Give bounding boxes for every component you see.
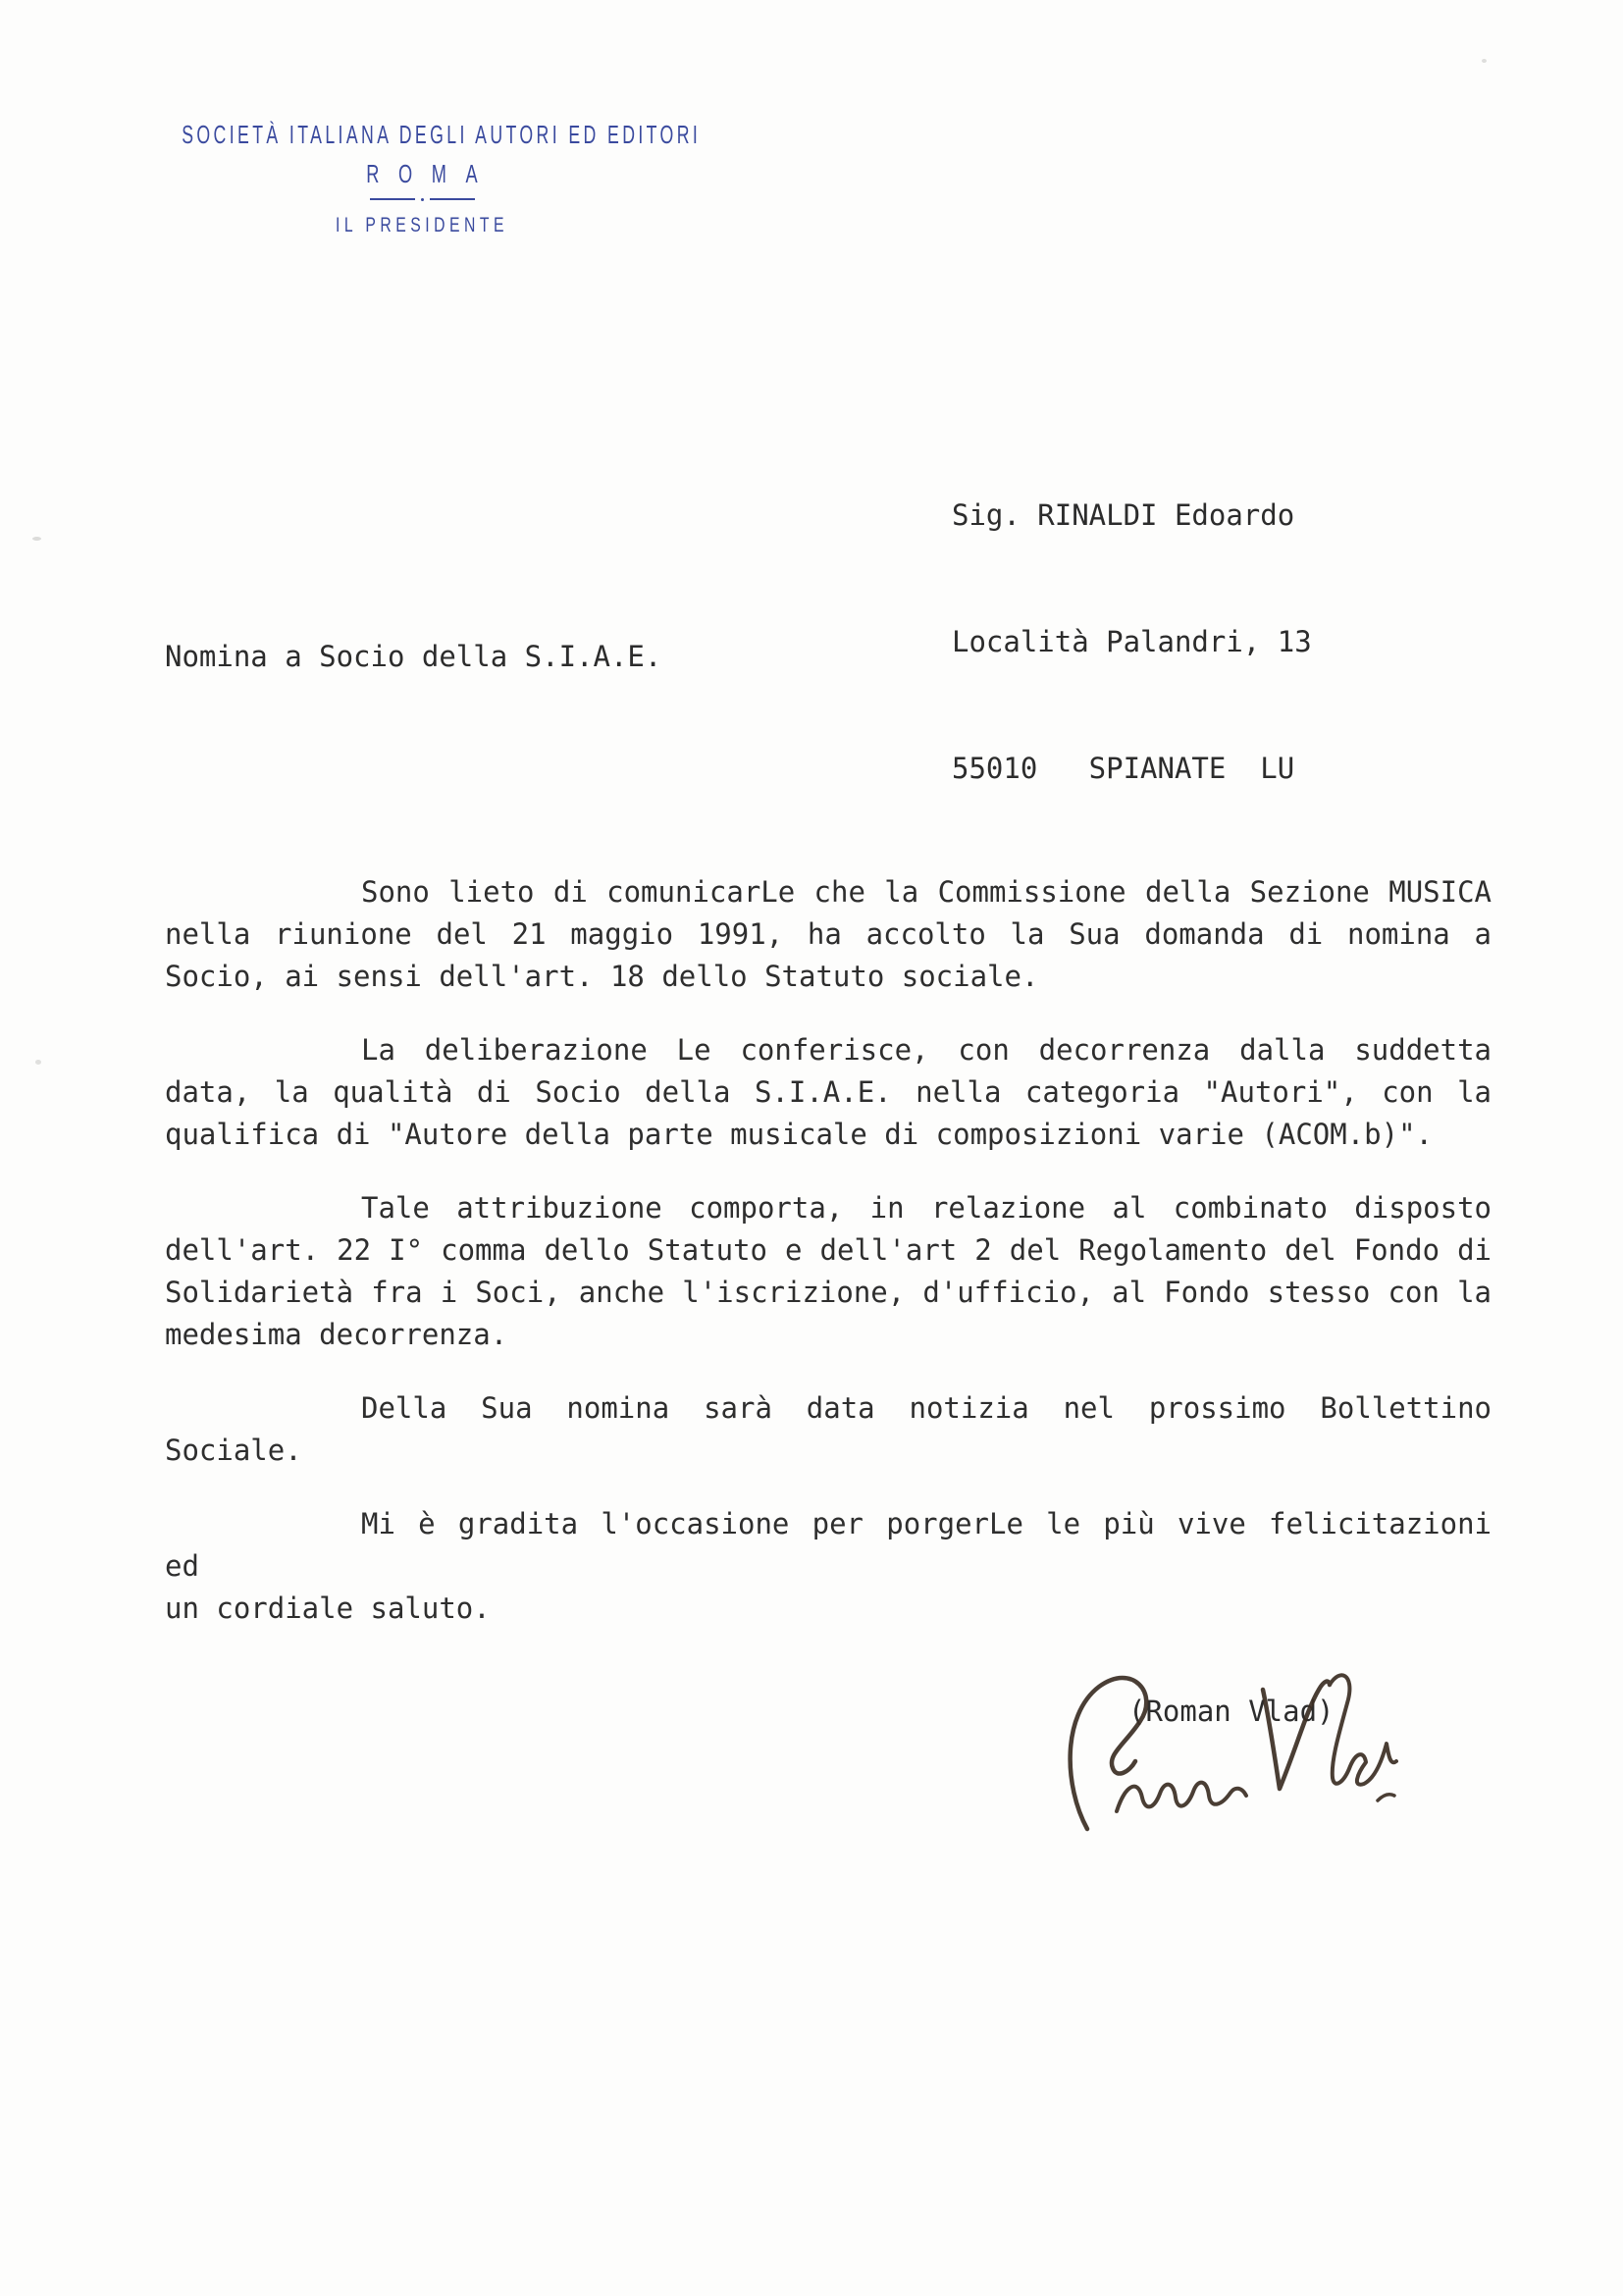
body-line: Mi è gradita l'occasione per porgerLe le… [165,1503,1492,1588]
recipient-city: 55010 SPIANATE LU [952,748,1312,790]
scan-speck [32,537,41,541]
recipient-street: Località Palandri, 13 [952,621,1312,663]
sender-role: IL PRESIDENTE [157,214,687,237]
subject-line: Nomina a Socio della S.I.A.E. [165,640,661,673]
body-line: Solidarietà fra i Soci, anche l'iscrizio… [165,1272,1492,1314]
paragraph: Tale attribuzione comporta, in relazione… [165,1187,1492,1356]
body-line: un cordiale saluto. [165,1588,1492,1630]
divider-dot [421,198,424,201]
body-line: Sociale. [165,1430,1492,1472]
letterhead-city: ROMA [175,159,669,189]
paragraph: Sono lieto di comunicarLe che la Commiss… [165,871,1492,998]
divider-line-left [370,198,415,200]
scan-speck [35,1060,41,1065]
body-line: data, la qualità di Socio della S.I.A.E.… [165,1071,1492,1114]
body-line: Socio, ai sensi dell'art. 18 dello Statu… [165,956,1492,998]
handwritten-signature [1062,1660,1400,1847]
scan-speck [1482,59,1487,63]
body-line: nella riunione del 21 maggio 1991, ha ac… [165,913,1492,956]
body-line: qualifica di "Autore della parte musical… [165,1114,1492,1156]
letterhead: SOCIETÀ ITALIANA DEGLI AUTORI ED EDITORI… [69,120,775,237]
body-line: Sono lieto di comunicarLe che la Commiss… [165,871,1492,913]
paragraph: Della Sua nomina sarà data notizia nel p… [165,1387,1492,1472]
body-line: Della Sua nomina sarà data notizia nel p… [165,1387,1492,1430]
organization-name: SOCIETÀ ITALIANA DEGLI AUTORI ED EDITORI [182,120,662,150]
recipient-address: Sig. RINALDI Edoardo Località Palandri, … [952,410,1312,874]
paragraph: La deliberazione Le conferisce, con deco… [165,1029,1492,1156]
body-line: medesima decorrenza. [165,1314,1492,1356]
letterhead-divider [367,197,477,201]
body-line: La deliberazione Le conferisce, con deco… [165,1029,1492,1071]
recipient-name: Sig. RINALDI Edoardo [952,495,1312,537]
body-line: dell'art. 22 I° comma dello Statuto e de… [165,1229,1492,1272]
letter-body: Sono lieto di comunicarLe che la Commiss… [165,871,1492,1661]
divider-line-right [430,198,475,200]
body-line: Tale attribuzione comporta, in relazione… [165,1187,1492,1229]
paragraph: Mi è gradita l'occasione per porgerLe le… [165,1503,1492,1630]
scanned-letter-page: SOCIETÀ ITALIANA DEGLI AUTORI ED EDITORI… [0,0,1623,2296]
